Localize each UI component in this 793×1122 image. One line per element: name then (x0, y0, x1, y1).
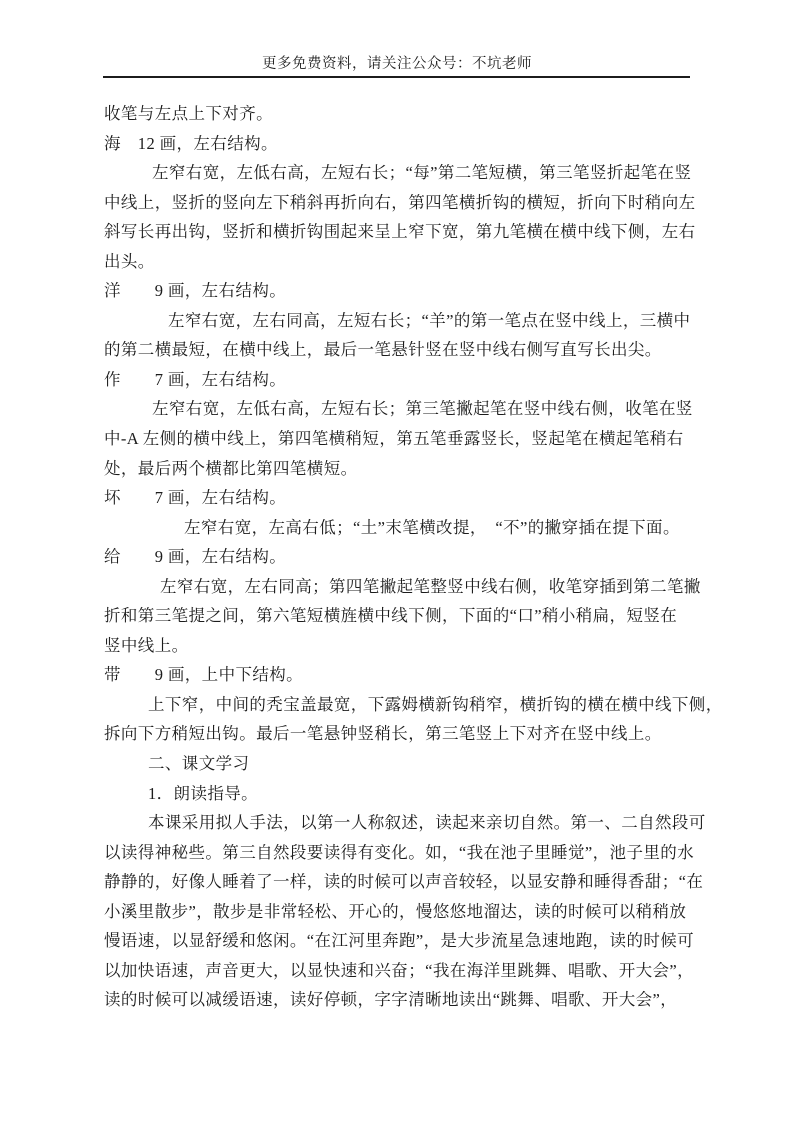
text-line: 左窄右宽，左右同高；第四笔撇起笔整竖中线右侧，收笔穿插到第二笔撇 (104, 572, 690, 602)
text-line: 小溪里散步”，散步是非常轻松、开心的，慢悠悠地溜达，读的时候可以稍稍放 (104, 897, 690, 927)
text-line: 带 9 画，上中下结构。 (104, 660, 690, 690)
text-line: 作 7 画，左右结构。 (104, 365, 690, 395)
text-line: 坏 7 画，左右结构。 (104, 483, 690, 513)
text-line: 上下窄，中间的秃宝盖最宽，下露姆横新钩稍窄，横折钩的横在横中线下侧， (104, 690, 690, 720)
text-line: 竖中线上。 (104, 631, 690, 661)
text-line: 慢语速，以显舒缓和悠闲。“在江河里奔跑”，是大步流星急速地跑，读的时候可 (104, 926, 690, 956)
text-line: 读的时候可以减缓语速，读好停顿，字字清晰地读出“跳舞、唱歌、开大会”， (104, 985, 690, 1015)
text-line: 左窄右宽，左低右高，左短右长；“每”第二笔短横，第三笔竖折起笔在竖 (104, 158, 690, 188)
text-line: 收笔与左点上下对齐。 (104, 99, 690, 129)
text-line: 静静的，好像人睡着了一样，读的时候可以声音较轻，以显安静和睡得香甜；“在 (104, 867, 690, 897)
text-line: 左窄右宽，左高右低；“土”末笔横改提， “不”的撇穿插在提下面。 (104, 513, 690, 543)
text-line: 本课采用拟人手法，以第一人称叙述，读起来亲切自然。第一、二自然段可 (104, 808, 690, 838)
text-line: 斜写长再出钩，竖折和横折钩围起来呈上窄下宽，第九笔横在横中线下侧，左右 (104, 217, 690, 247)
header-notice: 更多免费资料，请关注公众号：不坑老师 (104, 52, 690, 73)
text-line: 1．朗读指导。 (104, 779, 690, 809)
text-line: 左窄右宽，左低右高，左短右长；第三笔撇起笔在竖中线右侧，收笔在竖 (104, 394, 690, 424)
document-body: 收笔与左点上下对齐。海 12 画，左右结构。左窄右宽，左低右高，左短右长；“每”… (104, 99, 690, 1015)
text-line: 出头。 (104, 247, 690, 277)
text-line: 的第二横最短，在横中线上，最后一笔悬针竖在竖中线右侧写直写长出尖。 (104, 335, 690, 365)
header-rule (103, 76, 690, 78)
text-line: 折和第三笔提之间，第六笔短横旌横中线下侧，下面的“口”稍小稍扁，短竖在 (104, 601, 690, 631)
text-line: 中线上，竖折的竖向左下稍斜再折向右，第四笔横折钩的横短，折向下时稍向左 (104, 188, 690, 218)
text-line: 以读得神秘些。第三自然段要读得有变化。如，“我在池子里睡觉”，池子里的水 (104, 838, 690, 868)
text-line: 拆向下方稍短出钩。最后一笔悬钟竖稍长，第三笔竖上下对齐在竖中线上。 (104, 719, 690, 749)
text-line: 以加快语速，声音更大，以显快速和兴奋；“我在海洋里跳舞、唱歌、开大会”， (104, 956, 690, 986)
text-line: 给 9 画，左右结构。 (104, 542, 690, 572)
text-line: 处，最后两个横都比第四笔横短。 (104, 454, 690, 484)
text-line: 海 12 画，左右结构。 (104, 129, 690, 159)
text-line: 左窄右宽，左右同高，左短右长；“羊”的第一笔点在竖中线上，三横中 (104, 306, 690, 336)
text-line: 中-A 左侧的横中线上，第四笔横稍短，第五笔垂露竖长，竖起笔在横起笔稍右 (104, 424, 690, 454)
document-page: 更多免费资料，请关注公众号：不坑老师 收笔与左点上下对齐。海 12 画，左右结构… (0, 0, 793, 1122)
text-line: 洋 9 画，左右结构。 (104, 276, 690, 306)
text-line: 二、课文学习 (104, 749, 690, 779)
